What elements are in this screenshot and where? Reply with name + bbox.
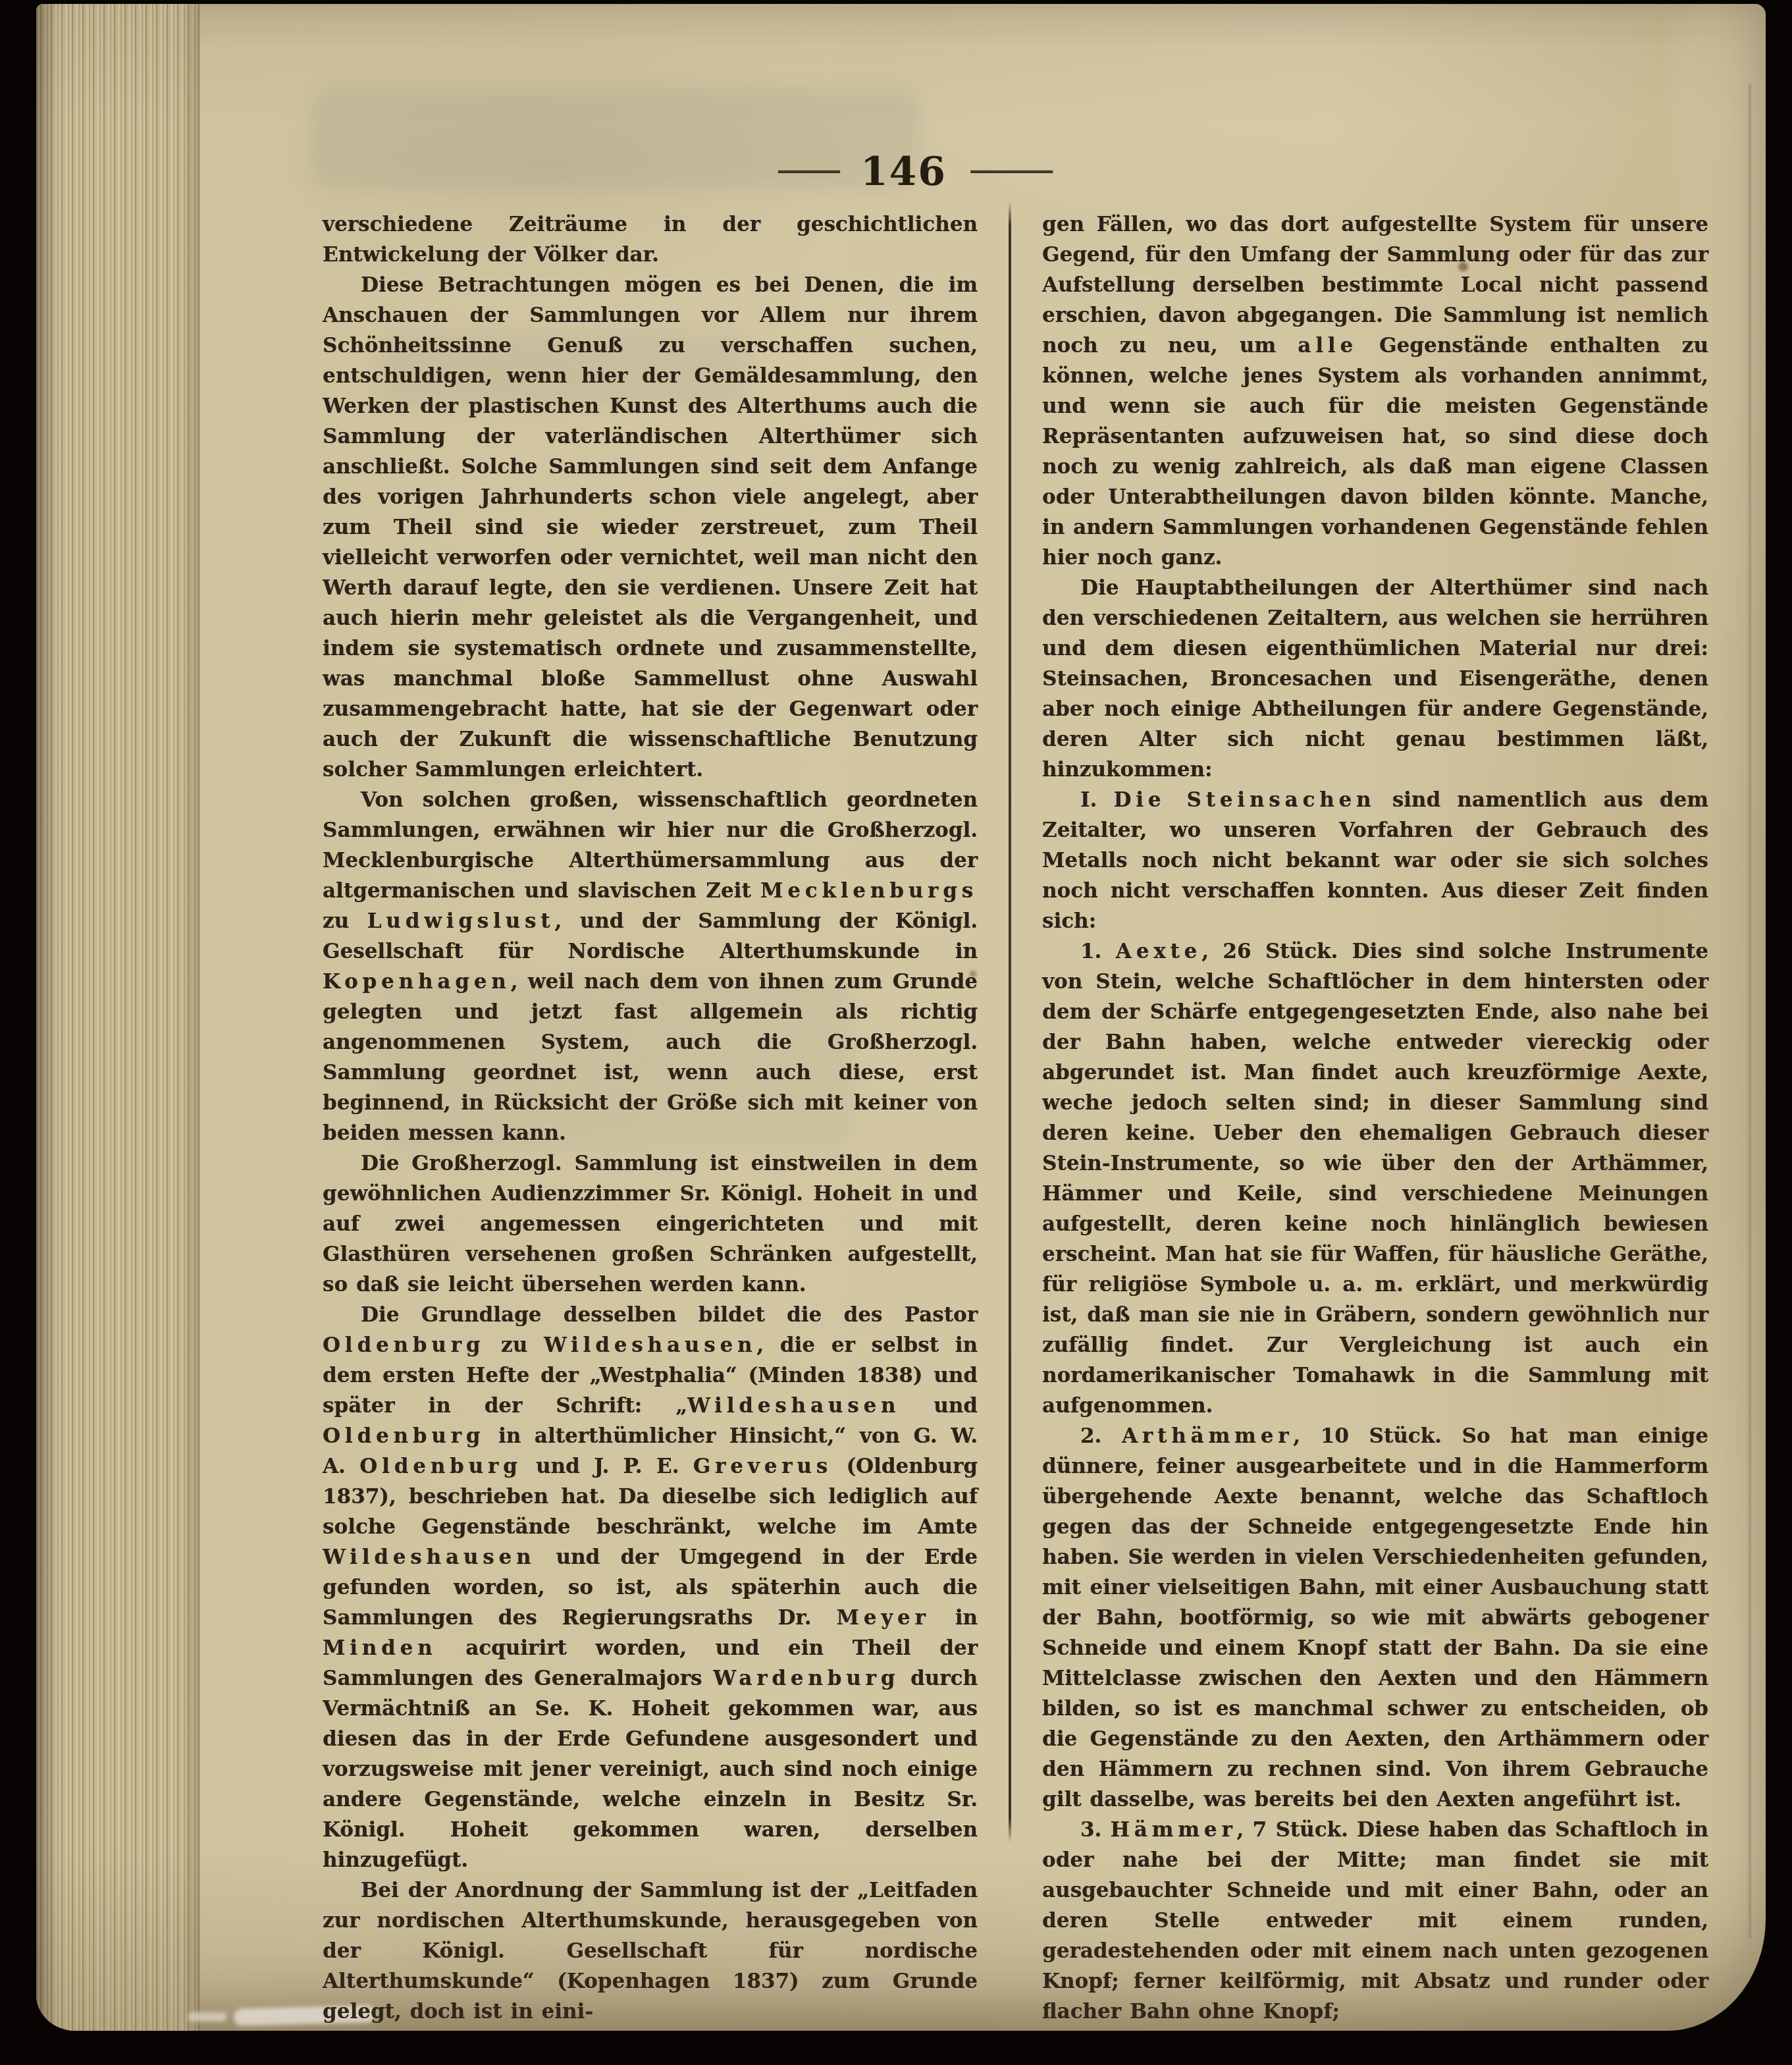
- text-run: , weil nach dem von ihnen zum Grunde gel…: [323, 970, 978, 1145]
- letterspaced-text: Hämmer: [1111, 1818, 1237, 1842]
- text-run: I.: [1080, 788, 1114, 812]
- header-rule-right: ————: [969, 156, 1051, 184]
- letterspaced-text: Meyer: [837, 1606, 930, 1630]
- letterspaced-text: Wildeshausen: [323, 1545, 535, 1569]
- letterspaced-text: Kopenhagen: [323, 970, 511, 994]
- paragraph: verschiedene Zeiträume in der geschichtl…: [323, 209, 978, 270]
- text-run: Diese Betrachtungen mögen es bei Denen, …: [323, 273, 978, 782]
- text-run: Die Grundlage desselben bildet die des P…: [361, 1303, 978, 1327]
- page-number: 146: [860, 149, 947, 195]
- text-run: , 7 Stück. Diese haben das Schaftloch in…: [1042, 1818, 1708, 2024]
- paragraph: Die Großherzogl. Sammlung ist einstweile…: [323, 1148, 978, 1300]
- text-run: , 26 Stück. Dies sind solche Instrumente…: [1042, 940, 1708, 1418]
- text-run: in: [930, 1606, 978, 1630]
- letterspaced-text: Die Steinsachen: [1114, 788, 1376, 812]
- paper-scuff: [188, 2012, 227, 2022]
- text-run: Die Großherzogl. Sammlung ist einstweile…: [323, 1152, 978, 1297]
- book-page: ——— 146 ———— verschiedene Zeiträume in d…: [36, 4, 1766, 2031]
- text-run: verschiedene Zeiträume in der geschichtl…: [323, 213, 978, 267]
- letterspaced-text: Aexte: [1116, 940, 1201, 963]
- letterspaced-text: Oldenburg: [359, 1455, 521, 1478]
- letterspaced-text: Greverus: [693, 1455, 832, 1478]
- letterspaced-text: Ludwigslust: [367, 909, 555, 933]
- paragraph: 2. Arthämmer, 10 Stück. So hat man einig…: [1042, 1421, 1708, 1815]
- text-run: 1.: [1080, 940, 1116, 963]
- paragraph: 3. Hämmer, 7 Stück. Diese haben das Scha…: [1042, 1815, 1708, 2027]
- letterspaced-text: Wildeshausen: [687, 1394, 900, 1418]
- text-column-left: verschiedene Zeiträume in der geschichtl…: [323, 209, 978, 2027]
- text-run: 2.: [1080, 1424, 1122, 1448]
- letterspaced-text: Oldenburg: [323, 1333, 485, 1357]
- text-run: und J. P. E.: [522, 1455, 693, 1478]
- header-rule-left: ———: [777, 156, 838, 184]
- paragraph: gen Fällen, wo das dort aufgestellte Sys…: [1042, 209, 1708, 573]
- letterspaced-text: Wardenburg: [713, 1667, 899, 1690]
- paragraph: I. Die Steinsachen sind namentlich aus d…: [1042, 785, 1708, 936]
- letterspaced-text: Arthämmer: [1122, 1424, 1293, 1448]
- paragraph: Bei der Anordnung der Sammlung ist der „…: [323, 1875, 978, 2027]
- next-page-edge: [1749, 83, 1751, 1939]
- page-header: ——— 146 ————: [716, 149, 1111, 195]
- page-edge-stack: [36, 4, 199, 2031]
- paragraph: Diese Betrachtungen mögen es bei Denen, …: [323, 270, 978, 785]
- column-divider: [1009, 201, 1011, 1842]
- paragraph: Die Hauptabtheilungen der Alterthümer si…: [1042, 573, 1708, 785]
- letterspaced-text: Oldenburg: [323, 1424, 485, 1448]
- text-run: zu: [485, 1333, 544, 1357]
- text-run: zu: [323, 909, 367, 933]
- paragraph: Die Grundlage desselben bildet die des P…: [323, 1300, 978, 1875]
- paragraph: Von solchen großen, wissenschaftlich geo…: [323, 785, 978, 1148]
- text-run: , 10 Stück. So hat man einige dünnere, f…: [1042, 1424, 1708, 1811]
- text-run: und: [900, 1394, 978, 1418]
- text-column-right: gen Fällen, wo das dort aufgestellte Sys…: [1042, 209, 1708, 2027]
- text-run: 3.: [1080, 1818, 1111, 1842]
- letterspaced-text: Wildeshausen: [544, 1333, 756, 1357]
- paragraph: 1. Aexte, 26 Stück. Dies sind solche Ins…: [1042, 936, 1708, 1421]
- text-run: durch Vermächtniß an Se. K. Hoheit gekom…: [323, 1667, 978, 1872]
- letterspaced-text: alle: [1298, 334, 1357, 358]
- letterspaced-text: Minden: [323, 1636, 437, 1660]
- letterspaced-text: Mecklenburgs: [760, 879, 978, 903]
- scanned-book-photo: ——— 146 ———— verschiedene Zeiträume in d…: [0, 0, 1792, 2065]
- text-run: Gegenstände enthalten zu können, welche …: [1042, 334, 1708, 570]
- text-run: Die Hauptabtheilungen der Alterthümer si…: [1042, 576, 1708, 782]
- text-run: Bei der Anordnung der Sammlung ist der „…: [323, 1879, 978, 2024]
